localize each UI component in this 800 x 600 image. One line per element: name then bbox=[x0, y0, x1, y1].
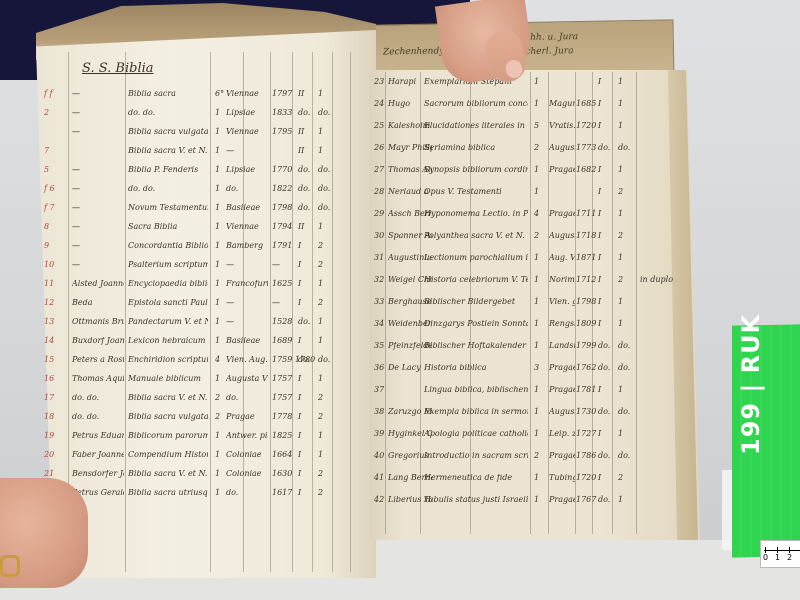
row-place: Antwer. pia bbox=[226, 432, 268, 440]
row-title: Hyponomema Lectio. in Pandecti bbox=[424, 210, 528, 218]
row-title: Polyanthea sacra V. et N. Testamenti bbox=[424, 232, 528, 240]
row-place: — bbox=[226, 261, 268, 269]
row-col2: 1 bbox=[618, 298, 623, 306]
row-title: do. do. bbox=[128, 109, 208, 117]
row-year: 1757 bbox=[272, 375, 292, 383]
row-author: Thomas Aquin Echard bbox=[72, 375, 124, 383]
row-title: Exempla biblica in sermones et moralia bbox=[424, 408, 528, 416]
row-col1: do. bbox=[298, 318, 310, 326]
row-col2: 2 bbox=[318, 413, 323, 421]
row-col1: do. bbox=[598, 496, 610, 504]
row-col1: do. bbox=[298, 166, 310, 174]
row-volumes: 1 bbox=[215, 109, 220, 117]
row-place: Tubingae bbox=[549, 474, 575, 482]
row-col1: I bbox=[298, 451, 301, 459]
row-year: 1689 bbox=[272, 337, 292, 345]
row-title: Biblia sacra utriusque Testamenti bbox=[128, 489, 208, 497]
row-title: Apologia politicae catholica bbox=[424, 430, 528, 438]
row-col2: do. bbox=[318, 356, 330, 364]
row-margin-mark: 19 bbox=[44, 432, 54, 440]
row-author: — bbox=[72, 109, 124, 117]
row-place: Landsh. bbox=[549, 342, 575, 350]
row-place: Leip. zig bbox=[549, 430, 575, 438]
row-col2: 1 bbox=[618, 320, 623, 328]
row-author: do. do. bbox=[72, 394, 124, 402]
row-volumes: 1 bbox=[534, 474, 539, 482]
row-col2: do. bbox=[318, 185, 330, 193]
row-col2: 1 bbox=[318, 432, 323, 440]
row-place: Basileae bbox=[226, 337, 268, 345]
row-place: do. bbox=[226, 394, 268, 402]
row-col1: do. bbox=[298, 109, 310, 117]
scale-label-0: 0 bbox=[763, 553, 768, 562]
row-volumes: 2 bbox=[215, 394, 220, 402]
row-place: Viennae bbox=[226, 90, 268, 98]
ring bbox=[0, 555, 20, 577]
row-number: 26 bbox=[374, 144, 384, 152]
row-place: Vien. Aug. bbox=[226, 356, 268, 364]
row-col1: do. bbox=[298, 185, 310, 193]
row-col2: do. bbox=[618, 342, 630, 350]
row-col1: II bbox=[298, 128, 304, 136]
row-year: 1664 bbox=[272, 451, 292, 459]
row-title: Synopsis bibliorum cordinatorum mundi bbox=[424, 166, 528, 174]
row-col1: I bbox=[298, 280, 301, 288]
row-col2: 2 bbox=[618, 474, 623, 482]
row-year: 1762 bbox=[576, 364, 596, 372]
row-col1: I bbox=[598, 188, 601, 196]
row-volumes: 6° bbox=[215, 90, 224, 98]
row-author: Alsted Joannes bbox=[72, 280, 124, 288]
scale-bar: 0 1 2 bbox=[760, 540, 800, 568]
row-col1: I bbox=[598, 100, 601, 108]
row-col2: 1 bbox=[318, 451, 323, 459]
row-year: 1797 bbox=[272, 90, 292, 98]
row-year: 1727 bbox=[576, 430, 596, 438]
row-col1: II bbox=[298, 90, 304, 98]
row-margin-mark: f f bbox=[44, 90, 52, 98]
row-col1: I bbox=[298, 337, 301, 345]
label-divider: | bbox=[737, 373, 765, 401]
row-col1: I bbox=[298, 242, 301, 250]
row-number: 31 bbox=[374, 254, 384, 262]
row-volumes: 1 bbox=[534, 386, 539, 394]
row-col2: do. bbox=[318, 109, 330, 117]
row-col1: I bbox=[598, 276, 601, 284]
row-volumes: 5 bbox=[534, 122, 539, 130]
row-author: — bbox=[72, 185, 124, 193]
row-margin-mark: 16 bbox=[44, 375, 54, 383]
row-place: Bamberg bbox=[226, 242, 268, 250]
row-year: 1711 bbox=[576, 210, 596, 218]
row-title: Dinzgarys Postlein Sonntag bbox=[424, 320, 528, 328]
row-number: 39 bbox=[374, 430, 384, 438]
row-year: 1825 bbox=[272, 432, 292, 440]
row-col1: I bbox=[598, 474, 601, 482]
row-year: — bbox=[272, 299, 280, 307]
row-title: Pandectarum V. et N. Testamenti bbox=[128, 318, 208, 326]
row-place: Coloniae bbox=[226, 470, 268, 478]
row-title: Biblia P. Fenderis bbox=[128, 166, 208, 174]
row-col2: 1 bbox=[318, 128, 323, 136]
row-number: 33 bbox=[374, 298, 384, 306]
column-rule bbox=[350, 52, 351, 572]
row-author: — bbox=[72, 204, 124, 212]
row-title: Biblia sacra V. et N. Testamenti bbox=[128, 147, 208, 155]
row-author: — bbox=[72, 128, 124, 136]
row-col1: I bbox=[598, 254, 601, 262]
column-rule bbox=[636, 72, 637, 534]
row-title: Historia biblica bbox=[424, 364, 528, 372]
row-volumes: 4 bbox=[215, 356, 220, 364]
row-margin-mark: 2 bbox=[44, 109, 49, 117]
row-volumes: 1 bbox=[534, 78, 539, 86]
row-volumes: 1 bbox=[215, 432, 220, 440]
row-volumes: 2 bbox=[534, 452, 539, 460]
row-margin-mark: 17 bbox=[44, 394, 54, 402]
row-author: — bbox=[72, 90, 124, 98]
row-col1: do. bbox=[598, 144, 610, 152]
row-volumes: 1 bbox=[534, 408, 539, 416]
row-col2: 1 bbox=[318, 318, 323, 326]
row-margin-mark: f 7 bbox=[44, 204, 55, 212]
row-title: Lingua biblica, biblischen Geschichte bbox=[424, 386, 528, 394]
archival-label-code: RUK bbox=[737, 314, 765, 374]
row-year: 1685 bbox=[576, 100, 596, 108]
row-number: 35 bbox=[374, 342, 384, 350]
row-margin-mark: 12 bbox=[44, 299, 54, 307]
row-volumes: 1 bbox=[215, 128, 220, 136]
row-author: Ottmanis Brunfels bbox=[72, 318, 124, 326]
row-volumes: 1 bbox=[534, 342, 539, 350]
row-place: Pragae bbox=[549, 166, 575, 174]
row-year: 1786 bbox=[576, 452, 596, 460]
row-place: Aug. Vind. bbox=[549, 254, 575, 262]
row-volumes: 1 bbox=[534, 430, 539, 438]
row-year: 1822 bbox=[272, 185, 292, 193]
column-rule bbox=[125, 52, 126, 572]
row-number: 42 bbox=[374, 496, 384, 504]
row-col2: do. bbox=[618, 408, 630, 416]
row-place: Viennae bbox=[226, 128, 268, 136]
row-title: Biblia sacra vulgata editionis bbox=[128, 128, 208, 136]
scale-label-1: 1 bbox=[775, 553, 780, 562]
row-place: Augusta Vindelic. bbox=[549, 144, 575, 152]
row-place: Pragae bbox=[549, 210, 575, 218]
row-col1: I bbox=[298, 375, 301, 383]
row-volumes: 1 bbox=[215, 375, 220, 383]
row-place: Basileae bbox=[226, 204, 268, 212]
row-col2: do. bbox=[318, 204, 330, 212]
row-number: 34 bbox=[374, 320, 384, 328]
row-title: Psalterium scriptum bbox=[128, 261, 208, 269]
row-number: 38 bbox=[374, 408, 384, 416]
row-col2: 1 bbox=[318, 147, 323, 155]
row-volumes: 1 bbox=[534, 254, 539, 262]
row-col1: I bbox=[598, 166, 601, 174]
row-col1: I bbox=[598, 122, 601, 130]
row-year: 1799 bbox=[576, 342, 596, 350]
row-title: Elucidationes literales in Textu biblico… bbox=[424, 122, 528, 130]
row-volumes: 1 bbox=[534, 276, 539, 284]
row-number: 23 bbox=[374, 78, 384, 86]
row-col1: do. bbox=[598, 364, 610, 372]
row-title: do. do. bbox=[128, 185, 208, 193]
row-margin-mark: 8 bbox=[44, 223, 49, 231]
row-col1: do. bbox=[598, 408, 610, 416]
row-col1: I bbox=[298, 489, 301, 497]
row-margin-mark: 20 bbox=[44, 451, 54, 459]
row-title: Concordantia Bibliorum bbox=[128, 242, 208, 250]
row-col2: 1 bbox=[318, 375, 323, 383]
row-year: 1730 bbox=[576, 408, 596, 416]
row-col1: I bbox=[298, 470, 301, 478]
row-title: Introductio in sacram scripturam N. Test… bbox=[424, 452, 528, 460]
row-volumes: 2 bbox=[534, 144, 539, 152]
row-volumes: 3 bbox=[534, 364, 539, 372]
row-number: 37 bbox=[374, 386, 384, 394]
scale-label-2: 2 bbox=[787, 553, 792, 562]
row-year: 1767 bbox=[576, 496, 596, 504]
row-author: — bbox=[72, 261, 124, 269]
row-col1: I bbox=[298, 394, 301, 402]
row-col1: do. bbox=[598, 342, 610, 350]
row-col2: 1 bbox=[618, 496, 623, 504]
row-col2: 2 bbox=[318, 261, 323, 269]
row-title: Lexicon hebraicum et chaldaicum bbox=[128, 337, 208, 345]
row-year: — bbox=[272, 261, 280, 269]
row-volumes: 1 bbox=[534, 100, 539, 108]
scale-rule bbox=[764, 550, 800, 551]
row-year: 1809 bbox=[576, 320, 596, 328]
row-volumes: 1 bbox=[534, 188, 539, 196]
archival-label-number: 199 bbox=[737, 402, 765, 455]
row-margin-mark: 14 bbox=[44, 337, 54, 345]
dark-sleeve-left bbox=[0, 0, 40, 80]
row-margin-mark: f 6 bbox=[44, 185, 55, 193]
row-year: 1630 bbox=[272, 470, 292, 478]
row-col2: 2 bbox=[318, 299, 323, 307]
row-col1: I bbox=[598, 298, 601, 306]
column-rule bbox=[612, 72, 613, 534]
row-place: Augusta Vindelic. bbox=[226, 375, 268, 383]
row-place: Francofurti bbox=[226, 280, 268, 288]
row-volumes: 1 bbox=[215, 223, 220, 231]
column-rule bbox=[332, 52, 333, 572]
row-col2: 1 bbox=[318, 280, 323, 288]
row-title: Biblia sacra vulgata editionis bbox=[128, 413, 208, 421]
row-col2: 1 bbox=[618, 78, 623, 86]
row-title: Compendium Historiale bbox=[128, 451, 208, 459]
row-col1: I bbox=[298, 299, 301, 307]
row-volumes: 1 bbox=[215, 470, 220, 478]
row-volumes: 2 bbox=[534, 232, 539, 240]
row-year: 1528 bbox=[272, 318, 292, 326]
row-number: 36 bbox=[374, 364, 384, 372]
row-year: 1798 bbox=[576, 298, 596, 306]
row-year: 1871 bbox=[576, 254, 596, 262]
row-number: 30 bbox=[374, 232, 384, 240]
row-number: 28 bbox=[374, 188, 384, 196]
row-title: Historia celebriorum V. Testamenti bbox=[424, 276, 528, 284]
row-volumes: 1 bbox=[215, 185, 220, 193]
row-title: Epistola sancti Pauli bbox=[128, 299, 208, 307]
row-col2: 1 bbox=[318, 223, 323, 231]
row-year: 1757 bbox=[272, 394, 292, 402]
row-year: 1712 bbox=[576, 276, 596, 284]
row-author: Peters a Rostro tonio bbox=[72, 356, 124, 364]
row-volumes: 1 bbox=[534, 320, 539, 328]
row-number: 40 bbox=[374, 452, 384, 460]
row-title: Biblischer Hoftakalender bbox=[424, 342, 528, 350]
row-col2: do. bbox=[618, 364, 630, 372]
row-col1: I bbox=[298, 261, 301, 269]
section-title: S. S. Biblia bbox=[82, 62, 154, 75]
row-place: Pragae bbox=[549, 364, 575, 372]
row-author: — bbox=[72, 166, 124, 174]
row-place: do. bbox=[226, 489, 268, 497]
row-col1: do. bbox=[598, 452, 610, 460]
row-author: — bbox=[72, 223, 124, 231]
row-col2: 2 bbox=[618, 232, 623, 240]
row-col1: I bbox=[598, 232, 601, 240]
row-number: 27 bbox=[374, 166, 384, 174]
row-margin-mark: 18 bbox=[44, 413, 54, 421]
row-place: Vratis. lavia bbox=[549, 122, 575, 130]
row-margin-mark: 13 bbox=[44, 318, 54, 326]
row-col2: 2 bbox=[618, 276, 623, 284]
row-col1: II bbox=[298, 223, 304, 231]
row-col2: 1 bbox=[618, 100, 623, 108]
row-col1: I bbox=[598, 386, 601, 394]
row-place: Augusta Vindelic. bbox=[549, 408, 575, 416]
row-year: 1791 bbox=[272, 242, 292, 250]
row-volumes: 1 bbox=[215, 337, 220, 345]
row-volumes: 1 bbox=[215, 451, 220, 459]
row-title: Hermeneutica de fide bbox=[424, 474, 528, 482]
row-volumes: 1 bbox=[215, 242, 220, 250]
row-title: Biblia sacra bbox=[128, 90, 208, 98]
row-col2: 1 bbox=[318, 90, 323, 98]
row-author: Bensdorfer Joannes Joseph bbox=[72, 470, 124, 478]
row-title: Opus V. Testamenti bbox=[424, 188, 528, 196]
row-volumes: 1 bbox=[215, 204, 220, 212]
row-place: — bbox=[226, 147, 268, 155]
row-col1: I bbox=[298, 413, 301, 421]
row-number: 25 bbox=[374, 122, 384, 130]
row-volumes: 1 bbox=[215, 280, 220, 288]
row-title: Biblischer Bildergebet bbox=[424, 298, 528, 306]
row-volumes: 1 bbox=[215, 261, 220, 269]
row-place: — bbox=[226, 318, 268, 326]
row-year: 1781 bbox=[576, 386, 596, 394]
row-margin-mark: 10 bbox=[44, 261, 54, 269]
row-margin-mark: 15 bbox=[44, 356, 54, 364]
row-number: 24 bbox=[374, 100, 384, 108]
row-col2: 1 bbox=[618, 210, 623, 218]
column-rule bbox=[270, 52, 271, 572]
row-number: 41 bbox=[374, 474, 384, 482]
row-title: Seriamina biblica bbox=[424, 144, 528, 152]
row-col1: II bbox=[298, 147, 304, 155]
row-author: do. do. bbox=[72, 413, 124, 421]
row-col2: 1 bbox=[618, 254, 623, 262]
row-volumes: 1 bbox=[215, 489, 220, 497]
row-col2: do. bbox=[618, 452, 630, 460]
row-author: Faber Joannes bbox=[72, 451, 124, 459]
row-year: 1794 bbox=[272, 223, 292, 231]
row-place: do. bbox=[226, 185, 268, 193]
row-year: 1778 bbox=[272, 413, 292, 421]
row-volumes: 4 bbox=[534, 210, 539, 218]
row-title: Tabulis status justi Israelis prophetici… bbox=[424, 496, 528, 504]
row-place: Augusta Vindelic. bbox=[549, 232, 575, 240]
row-year: 1625 bbox=[272, 280, 292, 288]
row-volumes: 1 bbox=[215, 318, 220, 326]
row-title: Novum Testamentum graece bbox=[128, 204, 208, 212]
row-year: 1682 bbox=[576, 166, 596, 174]
row-number: 32 bbox=[374, 276, 384, 284]
row-year: 1833 bbox=[272, 109, 292, 117]
row-year: 1773 bbox=[576, 144, 596, 152]
row-place: Coloniae bbox=[226, 451, 268, 459]
row-year: 1795 bbox=[272, 128, 292, 136]
row-col2: do. bbox=[318, 166, 330, 174]
row-place: Lipsiae bbox=[226, 109, 268, 117]
row-col2: 1 bbox=[618, 166, 623, 174]
row-place: Pragae bbox=[549, 386, 575, 394]
row-author: Beda bbox=[72, 299, 124, 307]
row-title: Biblia sacra V. et N. Testamenti bbox=[128, 394, 208, 402]
row-volumes: 1 bbox=[534, 298, 539, 306]
row-title: Encyclopaedia biblica bbox=[128, 280, 208, 288]
row-year: 1798 bbox=[272, 204, 292, 212]
row-col2: 2 bbox=[618, 188, 623, 196]
row-margin-mark: 11 bbox=[44, 280, 54, 288]
row-volumes: 1 bbox=[215, 299, 220, 307]
column-rule bbox=[385, 72, 386, 534]
row-col2: 1 bbox=[618, 430, 623, 438]
row-place: Magun. tia bbox=[549, 100, 575, 108]
row-col2: 2 bbox=[318, 242, 323, 250]
row-place: Rengsb. bbox=[549, 320, 575, 328]
row-col2: 2 bbox=[318, 489, 323, 497]
row-col2: 2 bbox=[318, 470, 323, 478]
column-rule bbox=[530, 72, 531, 534]
row-note: in duplo bbox=[640, 276, 673, 284]
row-title: Sacrorum bibliorum concordantiae bbox=[424, 100, 528, 108]
row-volumes: 2 bbox=[215, 413, 220, 421]
row-author: Petrus Eduard bbox=[72, 432, 124, 440]
row-volumes: 1 bbox=[215, 147, 220, 155]
row-col2: 1 bbox=[618, 122, 623, 130]
row-place: Lipsiae bbox=[226, 166, 268, 174]
row-place: Pragae bbox=[226, 413, 268, 421]
row-title: Sacra Biblia bbox=[128, 223, 208, 231]
column-rule bbox=[312, 52, 313, 572]
row-place: Viennae bbox=[226, 223, 268, 231]
row-place: Pragae bbox=[549, 452, 575, 460]
row-title: Enchiridion scripturisticum Exegeticum bbox=[128, 356, 208, 364]
row-year: 1720 bbox=[576, 474, 596, 482]
row-col2: do. bbox=[618, 144, 630, 152]
row-year: 1718 bbox=[576, 232, 596, 240]
row-author: — bbox=[72, 242, 124, 250]
row-place: Vien. gae bbox=[549, 298, 575, 306]
row-col1: I bbox=[598, 78, 601, 86]
row-volumes: 1 bbox=[534, 496, 539, 504]
row-place: Norim. bergae bbox=[549, 276, 575, 284]
